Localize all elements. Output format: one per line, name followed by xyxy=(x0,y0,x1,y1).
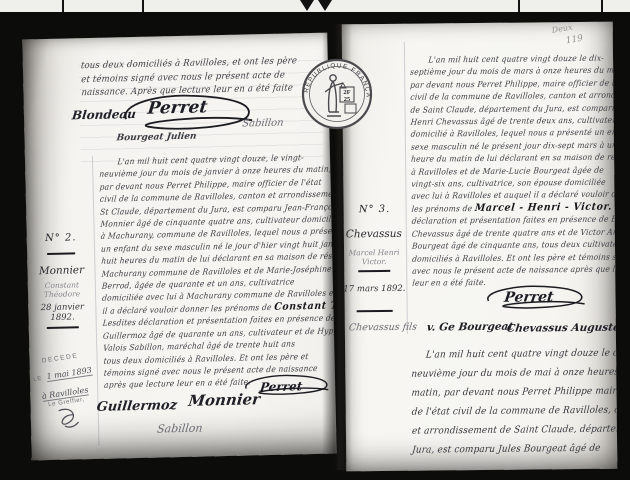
film-tick-icon xyxy=(142,0,144,12)
film-tick-icon xyxy=(601,0,603,12)
margin-surname: Monnier xyxy=(27,264,95,278)
signature-perret-act3: Perret xyxy=(485,286,555,306)
handwritten-line: Jura, est comparu Jules Bourgeat âgé de xyxy=(411,439,597,460)
signature-chevassus-fils: Chevassus fils xyxy=(348,322,417,334)
margin-divider xyxy=(47,326,79,329)
right-page: Deux 119 N° 3. Chevassus Marcel Henri Vi… xyxy=(342,22,618,472)
margin-divider xyxy=(358,270,390,272)
handwritten-line: de l'état civil de la commune de Ravillo… xyxy=(411,401,597,422)
margin-divider xyxy=(357,310,393,312)
revenue-stamp-value-top: 2F xyxy=(343,89,350,96)
deceased-stamp: DECEDE LE 1 mai 1893 à Ravilloles Le Gre… xyxy=(27,350,104,438)
revenue-stamp-outer-ring xyxy=(303,60,371,128)
scanned-register-spread: tous deux domiciliés à Ravilloles, et on… xyxy=(0,0,630,480)
film-tick-icon xyxy=(62,0,64,12)
pencil-note-word: Deux xyxy=(551,22,573,34)
signature-sabillon-prev: Sabillon xyxy=(242,118,285,130)
revenue-stamp-value-bottom: 25 xyxy=(344,96,351,103)
handwritten-line: matin, par devant nous Perret Philippe m… xyxy=(411,382,597,403)
margin-given-names: Constant Théodore xyxy=(28,280,96,300)
margin-given-names: Marcel Henri Victor. xyxy=(342,248,406,267)
signature-chevassus-auguste: Chevassus Auguste xyxy=(506,322,617,335)
revenue-stamp: RÉPUBLIQUE FRANÇAISE 2F 25 xyxy=(299,56,375,132)
handwritten-line: Bourgeat âgé de cinquante ans, tous deux… xyxy=(411,238,592,252)
signature-perret: Perret xyxy=(120,93,209,119)
signature-monnier: Monnier xyxy=(187,390,261,410)
deceased-stamp-date: 1 mai 1893 xyxy=(46,366,92,382)
film-marker-triangle-icon xyxy=(318,0,332,11)
act-2-text: L'an mil huit cent quatre vingt douze, l… xyxy=(99,151,326,392)
margin-divider xyxy=(47,252,75,255)
margin-date: 28 janvier 1892. xyxy=(28,302,96,324)
margin-act-number: N° 2. xyxy=(31,232,91,244)
film-marker-triangle-icon xyxy=(300,0,314,11)
film-tick-icon xyxy=(518,0,520,12)
pencil-note-number: 119 xyxy=(565,34,584,47)
signature-guillermoz: Guillermoz xyxy=(96,398,178,415)
signature-perret-flourish-right: Perret xyxy=(486,286,553,306)
deceased-stamp-le: LE xyxy=(33,376,42,383)
left-page: tous deux domiciliés à Ravilloles, et on… xyxy=(22,33,336,461)
margin-surname: Chevassus xyxy=(342,228,406,241)
act-3-text: L'an mil huit cent quatre vingt douze le… xyxy=(410,52,608,290)
signature-sabillon: Sabillon xyxy=(156,422,203,436)
signature-bourgeat-julien: Bourgeat Julien xyxy=(116,132,197,144)
handwritten-line: neuvième jour du mois de mai à onze heur… xyxy=(410,363,596,384)
handwritten-line: L'an mil huit cent quatre vingt douze le… xyxy=(410,344,596,365)
film-strip xyxy=(0,0,630,12)
signature-bourgeat: v. Ge Bourgeat xyxy=(426,321,514,334)
handwritten-line: et arrondissement de Saint Claude, dépar… xyxy=(411,420,597,441)
margin-date: 17 mars 1892. xyxy=(342,284,406,295)
act-4-text: L'an mil huit cent quatre vingt douze le… xyxy=(411,344,612,460)
clerk-signature-icon xyxy=(52,403,85,431)
signature-perret-flourish: Perret xyxy=(122,93,208,119)
margin-act-number: N° 3. xyxy=(346,204,404,216)
